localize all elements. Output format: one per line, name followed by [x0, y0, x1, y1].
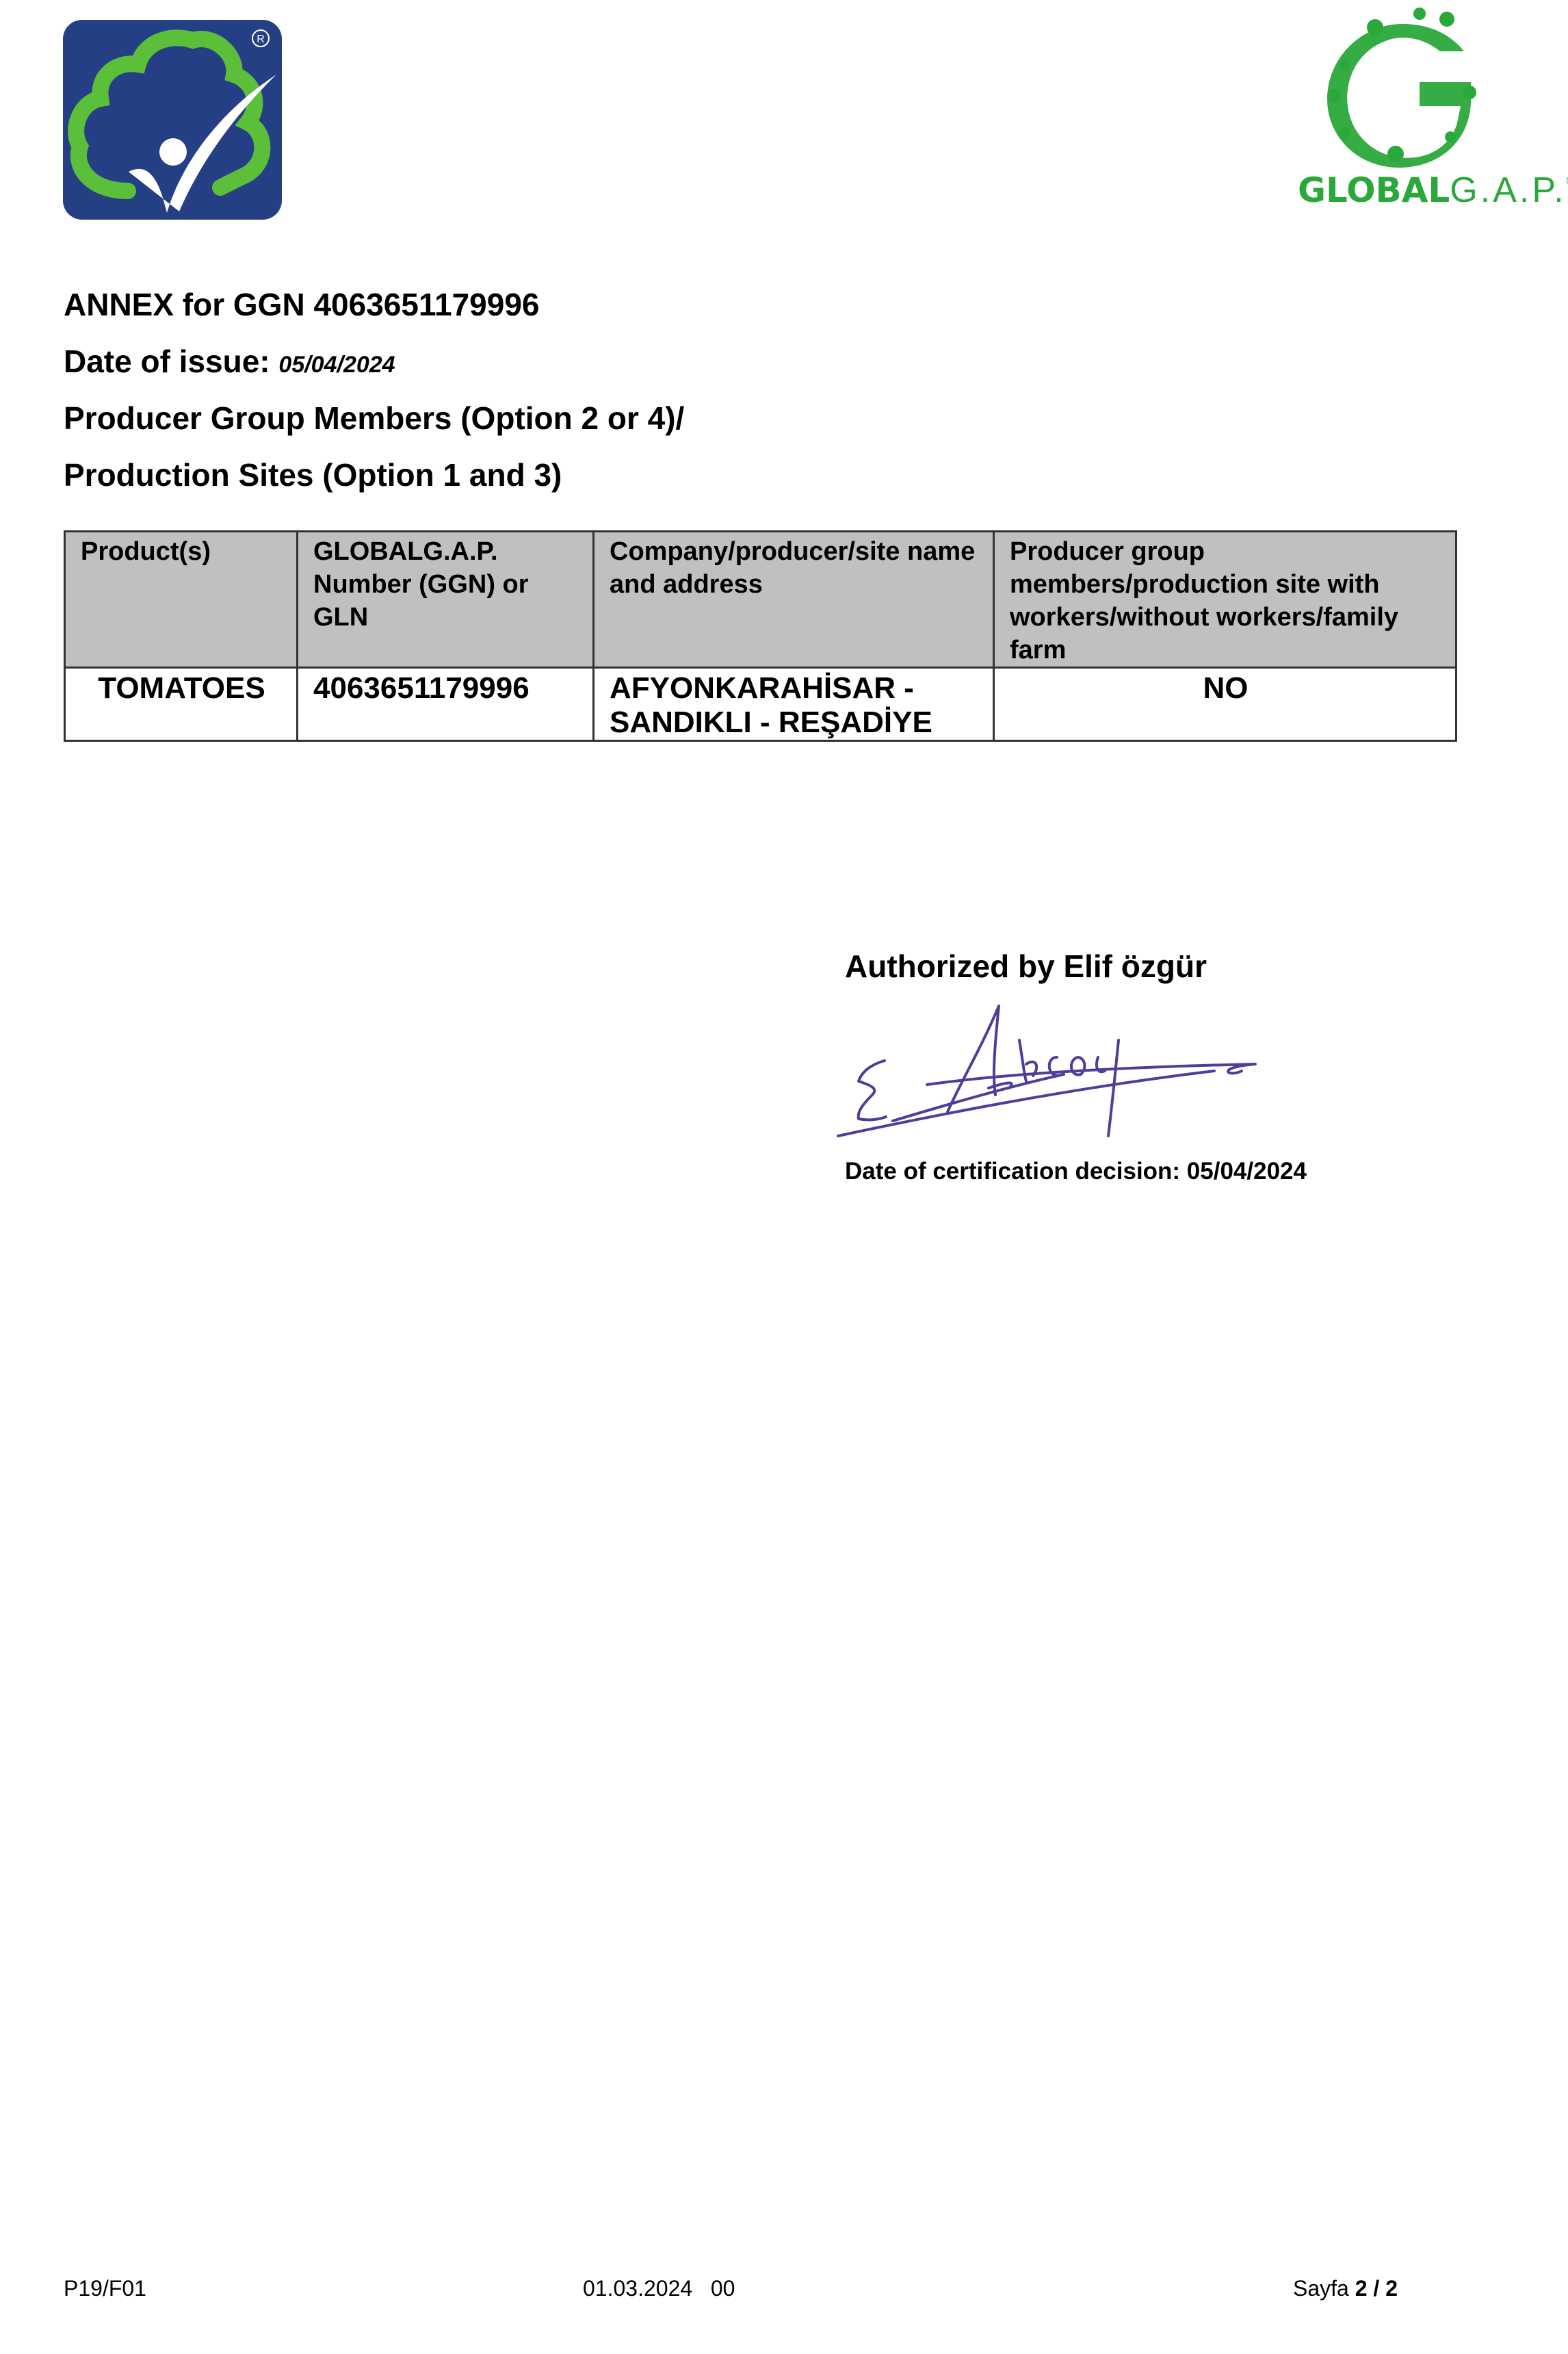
date-of-issue: Date of issue: 05/04/2024 [64, 343, 395, 380]
date-of-issue-label: Date of issue: [64, 344, 270, 379]
production-sites-heading: Production Sites (Option 1 and 3) [64, 456, 562, 493]
table-row: TOMATOES 4063651179996 AFYONKARAHİSAR - … [65, 668, 1456, 741]
cell-ggn: 4063651179996 [298, 668, 594, 741]
column-header-products: Product(s) [65, 532, 298, 668]
producer-group-heading: Producer Group Members (Option 2 or 4)/ [64, 400, 684, 437]
date-of-issue-value: 05/04/2024 [278, 352, 395, 378]
svg-text:R: R [257, 34, 265, 45]
certification-decision-date: Date of certification decision: 05/04/20… [845, 1158, 1307, 1185]
column-header-ggn: GLOBALG.A.P. Number (GGN) or GLN [298, 532, 594, 668]
annex-table: Product(s) GLOBALG.A.P. Number (GGN) or … [64, 530, 1457, 742]
page-label: Sayfa [1293, 2276, 1349, 2301]
page-total: 2 [1385, 2276, 1398, 2301]
column-header-workers: Producer group members/production site w… [994, 532, 1456, 668]
cell-product: TOMATOES [65, 668, 298, 741]
authorized-by: Authorized by Elif özgür [845, 948, 1207, 985]
annex-title: ANNEX for GGN 4063651179996 [64, 286, 540, 323]
signature-icon [831, 999, 1310, 1156]
footer-page-number: Sayfa 2 / 2 [1293, 2276, 1398, 2301]
table-header-row: Product(s) GLOBALG.A.P. Number (GGN) or … [65, 532, 1456, 668]
globalgap-wordmark: GLOBALG.A.P.® [1298, 170, 1568, 211]
page-current: 2 [1355, 2276, 1368, 2301]
footer-form-code: P19/F01 [64, 2276, 146, 2301]
cell-address: AFYONKARAHİSAR - SANDIKLI - REŞADİYE [594, 668, 994, 741]
footer-version: 01.03.2024 00 [583, 2276, 735, 2301]
tree-checkmark-logo-icon: R [63, 20, 282, 220]
cell-workers: NO [994, 668, 1456, 741]
page-separator: / [1373, 2276, 1379, 2301]
column-header-company: Company/producer/site name and address [594, 532, 994, 668]
